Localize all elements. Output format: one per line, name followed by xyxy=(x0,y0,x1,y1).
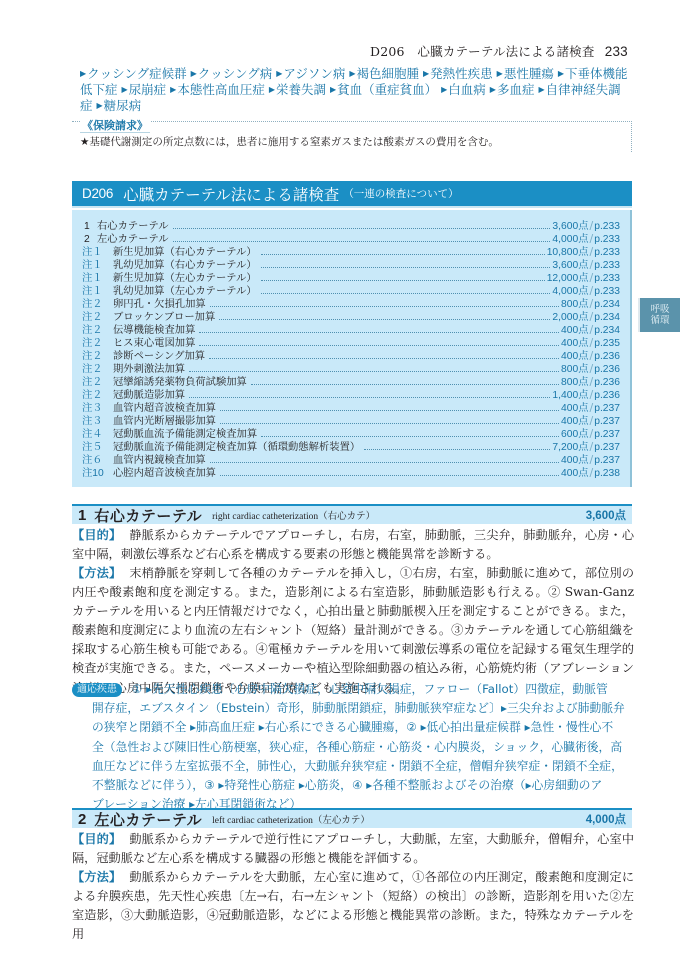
fee-number: 注10 xyxy=(81,467,107,480)
dotted-leader xyxy=(173,241,551,242)
page-reference-link[interactable]: p.233 xyxy=(594,246,620,259)
fee-item-name: 冠動脈血流予備能測定検査加算（循環動態解析装置） xyxy=(113,441,360,454)
dotted-leader xyxy=(220,410,559,411)
fee-number: 注４ xyxy=(81,428,107,441)
slash-separator: ∕ xyxy=(590,219,594,232)
dotted-leader xyxy=(261,267,551,268)
section-title: 左心カテーテル xyxy=(94,809,202,830)
disease-link[interactable]: ▶アジソン病 xyxy=(276,66,345,81)
disease-link[interactable]: ▶発熱性疾患 xyxy=(423,66,493,81)
page-reference-link[interactable]: p.233 xyxy=(594,233,620,246)
page-reference-link[interactable]: p.233 xyxy=(594,272,620,285)
fee-points: 4,000点 xyxy=(552,285,588,298)
dotted-leader xyxy=(261,280,545,281)
fee-row: 注５冠動脈血流予備能測定検査加算（循環動態解析装置）7,200点∕p.237 xyxy=(81,440,620,453)
triangle-bullet-icon: ▶ xyxy=(269,85,275,94)
fee-row: 注２ブロッケンブロー加算2,000点∕p.234 xyxy=(81,310,620,323)
fee-item-name: 血管内光断層撮影加算 xyxy=(113,415,216,428)
fee-row: 注２ヒス束心電図加算400点∕p.235 xyxy=(81,336,620,349)
running-head: D206 心臓カテーテル法による諸検査 233 xyxy=(370,42,632,60)
slash-separator: ∕ xyxy=(590,258,594,271)
slash-separator: ∕ xyxy=(590,401,594,414)
page-reference-link[interactable]: p.234 xyxy=(594,324,620,337)
page-reference-link[interactable]: p.237 xyxy=(594,415,620,428)
fee-item-name: ヒス束心電図加算 xyxy=(113,337,195,350)
triangle-bullet-icon: ▶ xyxy=(538,85,544,94)
fee-row: 注６血管内視鏡検査加算400点∕p.237 xyxy=(81,453,620,466)
fee-item-name: 新生児加算（右心カテーテル） xyxy=(113,246,257,259)
fee-item-name: 冠動脈造影加算 xyxy=(113,389,185,402)
fee-points: 400点 xyxy=(561,415,588,428)
side-tab-line2: 循環 xyxy=(640,315,680,326)
section-header-right-cardiac: 1 右心カテーテル right cardiac catheterization（… xyxy=(72,504,632,524)
procedure-subtitle: （一連の検査について） xyxy=(343,186,458,201)
indication-line: ① ▸先天性心疾患〔心房中隔欠損症，心室中隔欠損症，ファロー（Fallot）四徴… xyxy=(132,682,608,696)
fee-number: 2 xyxy=(81,233,97,246)
fee-points: 3,600点 xyxy=(552,259,588,272)
fee-item-name: 右心カテーテル xyxy=(97,220,169,233)
insurance-label: 《保険請求》 xyxy=(80,119,150,133)
fee-number: 注２ xyxy=(81,311,107,324)
dotted-leader xyxy=(210,462,559,463)
dotted-leader xyxy=(261,436,559,437)
fee-number: 注５ xyxy=(81,441,107,454)
disease-link[interactable]: ▶クッシング症候群 xyxy=(80,66,187,81)
fee-item-name: 乳幼児加算（左心カテーテル） xyxy=(113,285,257,298)
fee-number: 注１ xyxy=(81,285,107,298)
method-tag: 【方法】 xyxy=(72,566,121,580)
method-text: 動脈系からカテーテルを大動脈，左心室に進めて，①各部位の内圧測定，酸素飽和度測定… xyxy=(72,870,634,941)
side-tab-respiratory-circulatory[interactable]: 呼吸 循環 xyxy=(638,298,680,332)
slash-separator: ∕ xyxy=(590,362,594,375)
triangle-bullet-icon: ▶ xyxy=(330,85,336,94)
page-reference-link[interactable]: p.238 xyxy=(594,467,620,480)
section-number: 1 xyxy=(78,507,86,524)
page-reference-link[interactable]: p.236 xyxy=(594,350,620,363)
slash-separator: ∕ xyxy=(590,232,594,245)
section-title: 右心カテーテル xyxy=(94,505,202,526)
slash-separator: ∕ xyxy=(590,310,594,323)
disease-link[interactable]: ▶貧血（重症貧血） xyxy=(330,82,437,97)
fee-number: 注６ xyxy=(81,454,107,467)
fee-row: 注３血管内超音波検査加算400点∕p.237 xyxy=(81,401,620,414)
fee-number: 注３ xyxy=(81,402,107,415)
fee-row: 注１新生児加算（左心カテーテル）12,000点∕p.233 xyxy=(81,271,620,284)
disease-link[interactable]: ▶多血症 xyxy=(490,82,535,97)
fee-points: 400点 xyxy=(561,350,588,363)
fee-row: 注２卵円孔・欠損孔加算800点∕p.234 xyxy=(81,297,620,310)
dotted-leader xyxy=(210,306,559,307)
fee-number: 注２ xyxy=(81,337,107,350)
slash-separator: ∕ xyxy=(590,453,594,466)
disease-link[interactable]: ▶白血病 xyxy=(441,82,486,97)
fee-number: 注２ xyxy=(81,350,107,363)
fee-row: 注２冠攣縮誘発薬物負荷試験加算800点∕p.236 xyxy=(81,375,620,388)
fee-item-name: 血管内視鏡検査加算 xyxy=(113,454,206,467)
triangle-bullet-icon: ▶ xyxy=(191,69,197,78)
slash-separator: ∕ xyxy=(590,297,594,310)
dotted-leader xyxy=(209,358,559,359)
fee-points: 800点 xyxy=(561,363,588,376)
slash-separator: ∕ xyxy=(590,414,594,427)
fee-points: 400点 xyxy=(561,402,588,415)
slash-separator: ∕ xyxy=(590,323,594,336)
fee-points: 10,800点 xyxy=(547,246,589,259)
section-number: 2 xyxy=(78,811,86,828)
fee-number: 1 xyxy=(81,220,97,233)
purpose-tag: 【目的】 xyxy=(72,832,121,846)
page-reference-link[interactable]: p.237 xyxy=(594,402,620,415)
fee-points: 400点 xyxy=(561,324,588,337)
fee-row: 注２伝導機能検査加算400点∕p.234 xyxy=(81,323,620,336)
fee-item-name: 新生児加算（左心カテーテル） xyxy=(113,272,257,285)
dotted-leader xyxy=(219,319,550,320)
fee-row: 注２期外刺激法加算800点∕p.236 xyxy=(81,362,620,375)
disease-link[interactable]: ▶悪性腫瘍 xyxy=(497,66,554,81)
insurance-claim-box: 《保険請求》 ★基礎代謝測定の所定点数には，患者に施用する窒素ガスまたは酸素ガス… xyxy=(72,121,632,152)
fee-points: 12,000点 xyxy=(547,272,589,285)
dotted-leader xyxy=(251,384,559,385)
procedure-code: D206 xyxy=(82,186,113,201)
dotted-leader xyxy=(220,475,559,476)
disease-link[interactable]: ▶尿崩症 xyxy=(122,82,167,97)
page-number: 233 xyxy=(605,44,628,59)
fee-number: 注２ xyxy=(81,298,107,311)
slash-separator: ∕ xyxy=(590,427,594,440)
triangle-bullet-icon: ▶ xyxy=(97,101,103,110)
dotted-leader xyxy=(261,254,545,255)
slash-separator: ∕ xyxy=(590,440,594,453)
fee-row: 注10心腔内超音波検査加算400点∕p.238 xyxy=(81,466,620,479)
fee-item-name: 期外刺激法加算 xyxy=(113,363,185,376)
fee-points: 400点 xyxy=(561,454,588,467)
fee-item-name: 冠攣縮誘発薬物負荷試験加算 xyxy=(113,376,247,389)
fee-item-name: 乳幼児加算（右心カテーテル） xyxy=(113,259,257,272)
fee-number: 注３ xyxy=(81,415,107,428)
fee-points: 1,400点 xyxy=(552,389,588,402)
fee-item-name: 心腔内超音波検査加算 xyxy=(113,467,216,480)
fee-schedule-table: 1右心カテーテル3,600点∕p.2332左心カテーテル4,000点∕p.233… xyxy=(72,210,632,487)
fee-points: 400点 xyxy=(561,467,588,480)
section-points: 4,000点 xyxy=(586,811,626,827)
page-reference-link[interactable]: p.236 xyxy=(594,376,620,389)
triangle-bullet-icon: ▶ xyxy=(441,85,447,94)
triangle-bullet-icon: ▶ xyxy=(349,69,355,78)
fee-item-name: 伝導機能検査加算 xyxy=(113,324,195,337)
dotted-leader xyxy=(220,423,559,424)
fee-row: 1右心カテーテル3,600点∕p.233 xyxy=(81,219,620,232)
indication-line: 開存症，エブスタイン（Ebstein）奇形，肺動脈閉鎖症，肺動脈狭窄症など〕▸三… xyxy=(72,699,634,718)
fee-points: 7,200点 xyxy=(552,441,588,454)
disease-link[interactable]: ▶糖尿病 xyxy=(97,98,142,113)
side-tab-line1: 呼吸 xyxy=(640,304,680,315)
section-header-left-cardiac: 2 左心カテーテル left cardiac catheterization（左… xyxy=(72,808,632,828)
insurance-note: ★基礎代謝測定の所定点数には，患者に施用する窒素ガスまたは酸素ガスの費用を含む。 xyxy=(80,135,499,149)
fee-points: 400点 xyxy=(561,337,588,350)
indicated-diseases: 適応疾患 ① ▸先天性心疾患〔心房中隔欠損症，心室中隔欠損症，ファロー（Fall… xyxy=(72,680,634,814)
page-reference-link[interactable]: p.237 xyxy=(594,454,620,467)
fee-item-name: 左心カテーテル xyxy=(97,233,169,246)
dotted-leader xyxy=(173,228,551,229)
page-reference-link[interactable]: p.237 xyxy=(594,441,620,454)
dotted-leader xyxy=(189,371,559,372)
section-english-title: right cardiac catheterization（右心カテ） xyxy=(212,508,375,522)
triangle-bullet-icon: ▶ xyxy=(80,69,86,78)
page-reference-link[interactable]: p.234 xyxy=(594,311,620,324)
method-paragraph-1: 【方法】末梢静脈を穿刺して各種のカテーテルを挿入し，①右房，右室，肺動脈に進めて… xyxy=(72,564,634,698)
fee-item-name: ブロッケンブロー加算 xyxy=(113,311,215,324)
slash-separator: ∕ xyxy=(590,466,594,479)
method-paragraph-2: 【方法】動脈系からカテーテルを大動脈，左心室に進めて，①各部位の内圧測定，酸素飽… xyxy=(72,868,634,944)
slash-separator: ∕ xyxy=(590,388,594,401)
triangle-bullet-icon: ▶ xyxy=(276,69,282,78)
purpose-paragraph-2: 【目的】動脈系からカテーテルで逆行性にアプローチし，大動脈，左室，大動脈弁，僧帽… xyxy=(72,830,634,868)
fee-points: 600点 xyxy=(561,428,588,441)
section-english-title: left cardiac catheterization（左心カテ） xyxy=(212,812,370,826)
fee-row: 注２診断ペーシング加算400点∕p.236 xyxy=(81,349,620,362)
fee-number: 注２ xyxy=(81,389,107,402)
dotted-leader xyxy=(199,345,559,346)
triangle-bullet-icon: ▶ xyxy=(497,69,503,78)
page-reference-link[interactable]: p.235 xyxy=(594,337,620,350)
fee-row: 注１新生児加算（右心カテーテル）10,800点∕p.233 xyxy=(81,245,620,258)
purpose-paragraph-1: 【目的】静脈系からカテーテルでアプローチし，右房，右室，肺動脈，三尖弁，肺動脈弁… xyxy=(72,526,634,564)
purpose-tag: 【目的】 xyxy=(72,528,121,542)
procedure-code-banner: D206 心臓カテーテル法による諸検査 （一連の検査について） xyxy=(72,181,632,208)
fee-points: 2,000点 xyxy=(552,311,588,324)
fee-points: 800点 xyxy=(561,298,588,311)
page-reference-link[interactable]: p.236 xyxy=(594,389,620,402)
fee-points: 4,000点 xyxy=(552,233,588,246)
slash-separator: ∕ xyxy=(590,245,594,258)
fee-row: 注２冠動脈造影加算1,400点∕p.236 xyxy=(81,388,620,401)
disease-link[interactable]: ▶本態性高血圧症 xyxy=(170,82,265,97)
fee-number: 注２ xyxy=(81,363,107,376)
page-reference-link[interactable]: p.234 xyxy=(594,298,620,311)
fee-points: 800点 xyxy=(561,376,588,389)
fee-number: 注１ xyxy=(81,272,107,285)
slash-separator: ∕ xyxy=(590,349,594,362)
triangle-bullet-icon: ▶ xyxy=(490,85,496,94)
fee-points: 3,600点 xyxy=(552,220,588,233)
indication-line: 不整脈などに伴う），③ ▸特発性心筋症 ▸心筋炎，④ ▸各種不整脈およびその治療… xyxy=(72,776,634,795)
fee-item-name: 診断ペーシング加算 xyxy=(113,350,205,363)
indication-line: の狭窄と閉鎖不全 ▸肺高血圧症 ▸右心系にできる心臓腫瘍，② ▸低心拍出量症候群… xyxy=(72,718,634,737)
fee-row: 注１乳幼児加算（右心カテーテル）3,600点∕p.233 xyxy=(81,258,620,271)
procedure-title: 心臓カテーテル法による諸検査 xyxy=(123,183,339,205)
dotted-leader xyxy=(199,332,559,333)
page-reference-link[interactable]: p.236 xyxy=(594,363,620,376)
indication-line: 血圧などに伴う左室拡張不全，肺性心，大動脈弁狭窄症・閉鎖不全症，僧帽弁狭窄症・閉… xyxy=(72,757,634,776)
fee-item-name: 血管内超音波検査加算 xyxy=(113,402,216,415)
indication-badge: 適応疾患 xyxy=(72,683,122,697)
fee-number: 注１ xyxy=(81,246,107,259)
fee-number: 注１ xyxy=(81,259,107,272)
disease-link[interactable]: ▶褐色細胞腫 xyxy=(349,66,419,81)
method-tag: 【方法】 xyxy=(72,870,121,884)
fee-row: 注４冠動脈血流予備能測定検査加算600点∕p.237 xyxy=(81,427,620,440)
dotted-leader xyxy=(261,293,551,294)
slash-separator: ∕ xyxy=(590,271,594,284)
purpose-text: 動脈系からカテーテルで逆行性にアプローチし，大動脈，左室，大動脈弁，僧帽弁，心室… xyxy=(72,832,634,865)
fee-row: 注３血管内光断層撮影加算400点∕p.237 xyxy=(81,414,620,427)
indication-line: 全（急性および陳旧性心筋梗塞，狭心症，各種心筋症・心筋炎・心内膜炎，ショック，心… xyxy=(72,738,634,757)
section-points: 3,600点 xyxy=(586,507,626,523)
fee-item-name: 卵円孔・欠損孔加算 xyxy=(113,298,206,311)
fee-item-name: 冠動脈血流予備能測定検査加算 xyxy=(113,428,257,441)
dotted-leader xyxy=(189,397,550,398)
dotted-leader xyxy=(364,449,550,450)
page-reference-link[interactable]: p.233 xyxy=(594,285,620,298)
disease-link[interactable]: ▶栄養失調 xyxy=(269,82,326,97)
running-head-title: D206 心臓カテーテル法による諸検査 xyxy=(370,44,595,59)
fee-row: 2左心カテーテル4,000点∕p.233 xyxy=(81,232,620,245)
related-disease-links: ▶クッシング症候群 ▶クッシング病 ▶アジソン病 ▶褐色細胞腫 ▶発熱性疾患 ▶… xyxy=(80,66,632,114)
fee-number: 注２ xyxy=(81,324,107,337)
disease-link[interactable]: ▶クッシング病 xyxy=(191,66,273,81)
slash-separator: ∕ xyxy=(590,336,594,349)
method-text: 末梢静脈を穿刺して各種のカテーテルを挿入し，①右房，右室，肺動脈に進めて，部位別… xyxy=(72,566,634,695)
triangle-bullet-icon: ▶ xyxy=(558,69,564,78)
slash-separator: ∕ xyxy=(590,375,594,388)
page-reference-link[interactable]: p.233 xyxy=(594,220,620,233)
slash-separator: ∕ xyxy=(590,284,594,297)
triangle-bullet-icon: ▶ xyxy=(423,69,429,78)
fee-number: 注２ xyxy=(81,376,107,389)
page-reference-link[interactable]: p.237 xyxy=(594,428,620,441)
page-reference-link[interactable]: p.233 xyxy=(594,259,620,272)
fee-row: 注１乳幼児加算（左心カテーテル）4,000点∕p.233 xyxy=(81,284,620,297)
triangle-bullet-icon: ▶ xyxy=(170,85,176,94)
purpose-text: 静脈系からカテーテルでアプローチし，右房，右室，肺動脈，三尖弁，肺動脈弁，心房・… xyxy=(72,528,634,561)
triangle-bullet-icon: ▶ xyxy=(122,85,128,94)
